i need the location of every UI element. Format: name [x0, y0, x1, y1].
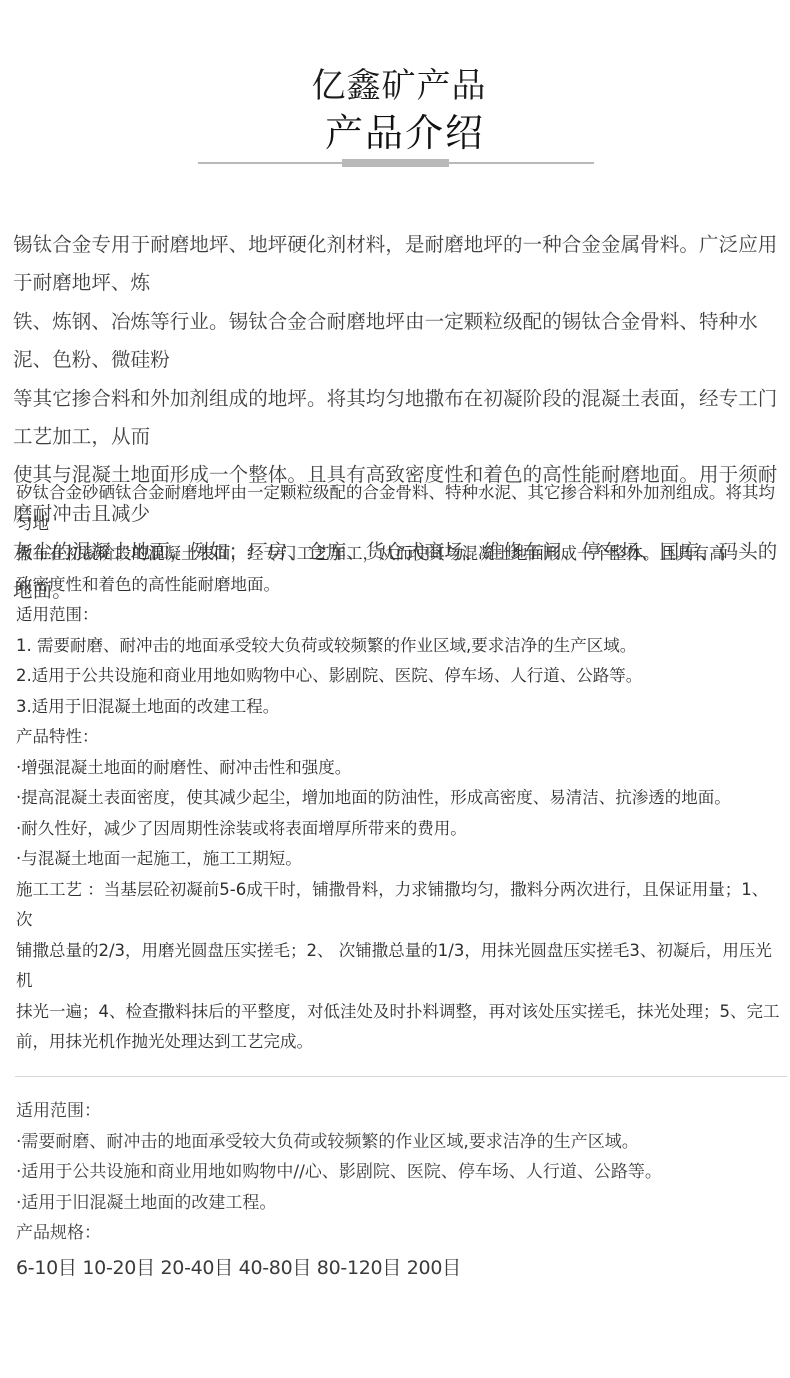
title-underline-accent — [342, 159, 449, 167]
scope-item: 3.适用于旧混凝土地面的改建工程。 — [16, 692, 786, 723]
spec-values: 6-10目 10-20目 20-40目 40-80目 80-120目 200目 — [16, 1253, 786, 1284]
scope-heading: 适用范围： — [16, 600, 786, 631]
product-details: 矽钛合金砂硒钛合金耐磨地坪由一定颗粒级配的合金骨料、特种水泥、其它掺合料和外加剂… — [16, 478, 786, 1058]
description-line: 矽钛合金砂硒钛合金耐磨地坪由一定颗粒级配的合金骨料、特种水泥、其它掺合料和外加剂… — [16, 478, 786, 509]
scope-item: 2.适用于公共设施和商业用地如购物中心、影剧院、医院、停车场、人行道、公路等。 — [16, 661, 786, 692]
intro-line: 铁、炼钢、冶炼等行业。锡钛合金合耐磨地坪由一定颗粒级配的锡钛合金骨料、特种水泥、… — [13, 303, 785, 380]
intro-line: 锡钛合金专用于耐磨地坪、地坪硬化剂材料，是耐磨地坪的一种合金金属骨料。广泛应用于… — [13, 226, 785, 303]
scope-item-2: ·需要耐磨、耐冲击的地面承受较大负荷或较频繁的作业区域,要求洁净的生产区域。 — [16, 1127, 786, 1158]
description-line: 致密度性和着色的高性能耐磨地面。 — [16, 570, 786, 601]
scope-heading-2: 适用范围： — [16, 1096, 786, 1127]
process-line: 抹光一遍；4、检查撒料抹后的平整度，对低洼处及时扑料调整，再对该处压实搓毛，抹光… — [16, 997, 786, 1028]
scope-item-2: ·适用于公共设施和商业用地如购物中//心、影剧院、医院、停车场、人行道、公路等。 — [16, 1157, 786, 1188]
brand-title: 亿鑫矿产品 — [0, 66, 790, 106]
scope-item-2: ·适用于旧混凝土地面的改建工程。 — [16, 1188, 786, 1219]
feature-item: ·与混凝土地面一起施工，施工工期短。 — [16, 844, 786, 875]
description-line: 撒布在初凝阶段的混凝土表面，经专门工艺加工，从而使其与混凝土地面形成一个整体。且… — [16, 539, 786, 570]
features-heading: 产品特性： — [16, 722, 786, 753]
intro-line: 等其它掺合料和外加剂组成的地坪。将其均匀地撒布在初凝阶段的混凝土表面，经专工门工… — [13, 380, 785, 457]
spec-heading: 产品规格： — [16, 1218, 786, 1249]
feature-item: ·耐久性好，减少了因周期性涂装或将表面增厚所带来的费用。 — [16, 814, 786, 845]
process-line: 前，用抹光机作抛光处理达到工艺完成。 — [16, 1027, 786, 1058]
description-line: 匀地 — [16, 509, 786, 540]
section-divider — [15, 1076, 787, 1077]
process-line: 施工工艺 ：当基层砼初凝前5-6成干时，铺撒骨料，力求铺撒均匀，撒料分两次进行，… — [16, 875, 786, 936]
section-title: 产品介绍 — [0, 110, 790, 156]
page-header: 亿鑫矿产品 产品介绍 — [0, 0, 790, 180]
feature-item: ·增强混凝土地面的耐磨性、耐冲击性和强度。 — [16, 753, 786, 784]
scope-section-2: 适用范围： ·需要耐磨、耐冲击的地面承受较大负荷或较频繁的作业区域,要求洁净的生… — [16, 1096, 786, 1284]
process-line: 铺撒总量的2/3，用磨光圆盘压实搓毛；2、 次铺撒总量的1/3，用抹光圆盘压实搓… — [16, 936, 786, 997]
scope-item: 1. 需要耐磨、耐冲击的地面承受较大负荷或较频繁的作业区域,要求洁净的生产区域。 — [16, 631, 786, 662]
feature-item: ·提高混凝土表面密度，使其减少起尘，增加地面的防油性，形成高密度、易清洁、抗渗透… — [16, 783, 786, 814]
